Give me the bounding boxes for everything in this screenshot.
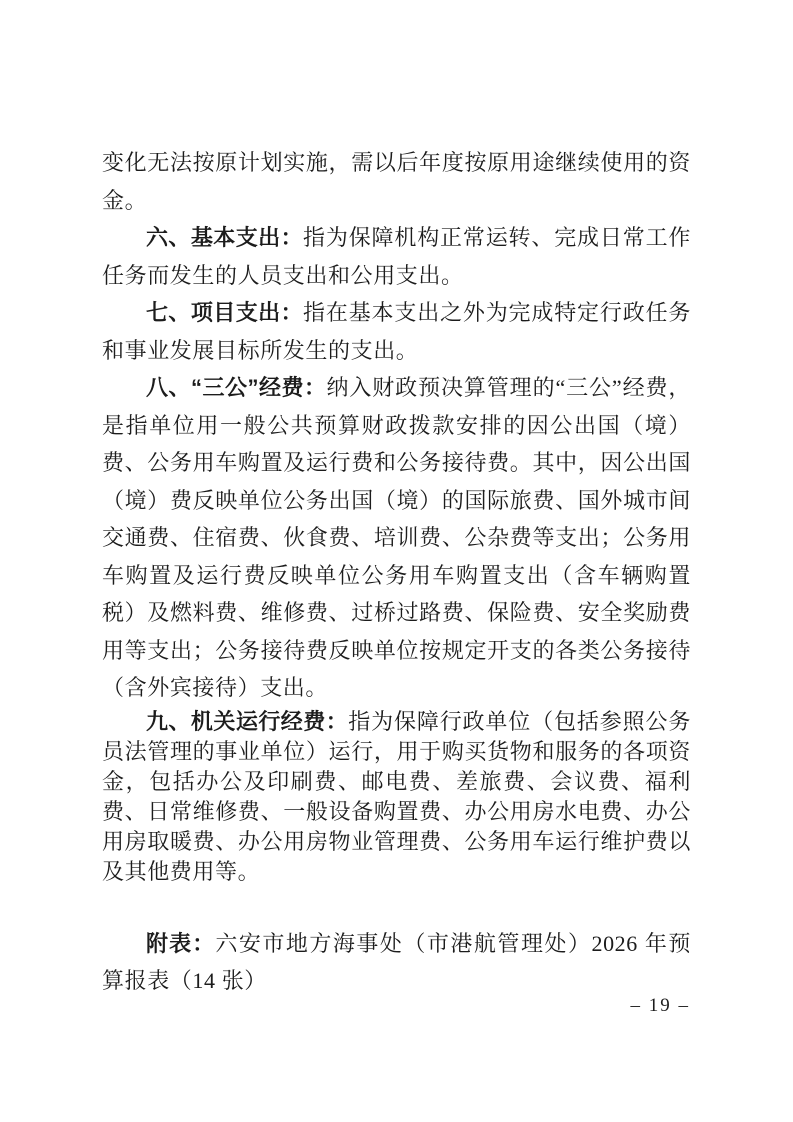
document-body: 变化无法按原计划实施，需以后年度按原用途继续使用的资金。 六、基本支出：指为保障… — [102, 144, 691, 1000]
paragraph-lead: 六、基本支出： — [146, 225, 303, 250]
attachment-note: 附表：六安市地方海事处（市港航管理处）2026 年预算报表（14 张） — [102, 925, 691, 1000]
attachment-lead: 附表： — [146, 931, 215, 956]
paragraph-continuation: 变化无法按原计划实施，需以后年度按原用途继续使用的资金。 — [102, 144, 691, 219]
paragraph-agency-operating-funds: 九、机关运行经费：指为保障行政单位（包括参照公务员法管理的事业单位）运行，用于购… — [102, 707, 691, 887]
paragraph-text: 变化无法按原计划实施，需以后年度按原用途继续使用的资金。 — [102, 150, 691, 213]
page-number: – 19 – — [631, 995, 691, 1017]
paragraph-project-expenditure: 七、项目支出：指在基本支出之外为完成特定行政任务和事业发展目标所发生的支出。 — [102, 294, 691, 369]
paragraph-three-public-funds: 八、“三公”经费：纳入财政预决算管理的“三公”经费，是指单位用一般公共预算财政拨… — [102, 369, 691, 707]
paragraph-lead: 八、“三公”经费： — [146, 375, 326, 400]
document-page: 变化无法按原计划实施，需以后年度按原用途继续使用的资金。 六、基本支出：指为保障… — [0, 0, 793, 1122]
paragraph-basic-expenditure: 六、基本支出：指为保障机构正常运转、完成日常工作任务而发生的人员支出和公用支出。 — [102, 219, 691, 294]
paragraph-text: 纳入财政预决算管理的“三公”经费，是指单位用一般公共预算财政拨款安排的因公出国（… — [102, 375, 691, 700]
paragraph-text: 指为保障行政单位（包括参照公务员法管理的事业单位）运行，用于购买货物和服务的各项… — [102, 709, 691, 884]
paragraph-lead: 七、项目支出： — [146, 300, 303, 325]
paragraph-lead: 九、机关运行经费： — [146, 709, 348, 734]
